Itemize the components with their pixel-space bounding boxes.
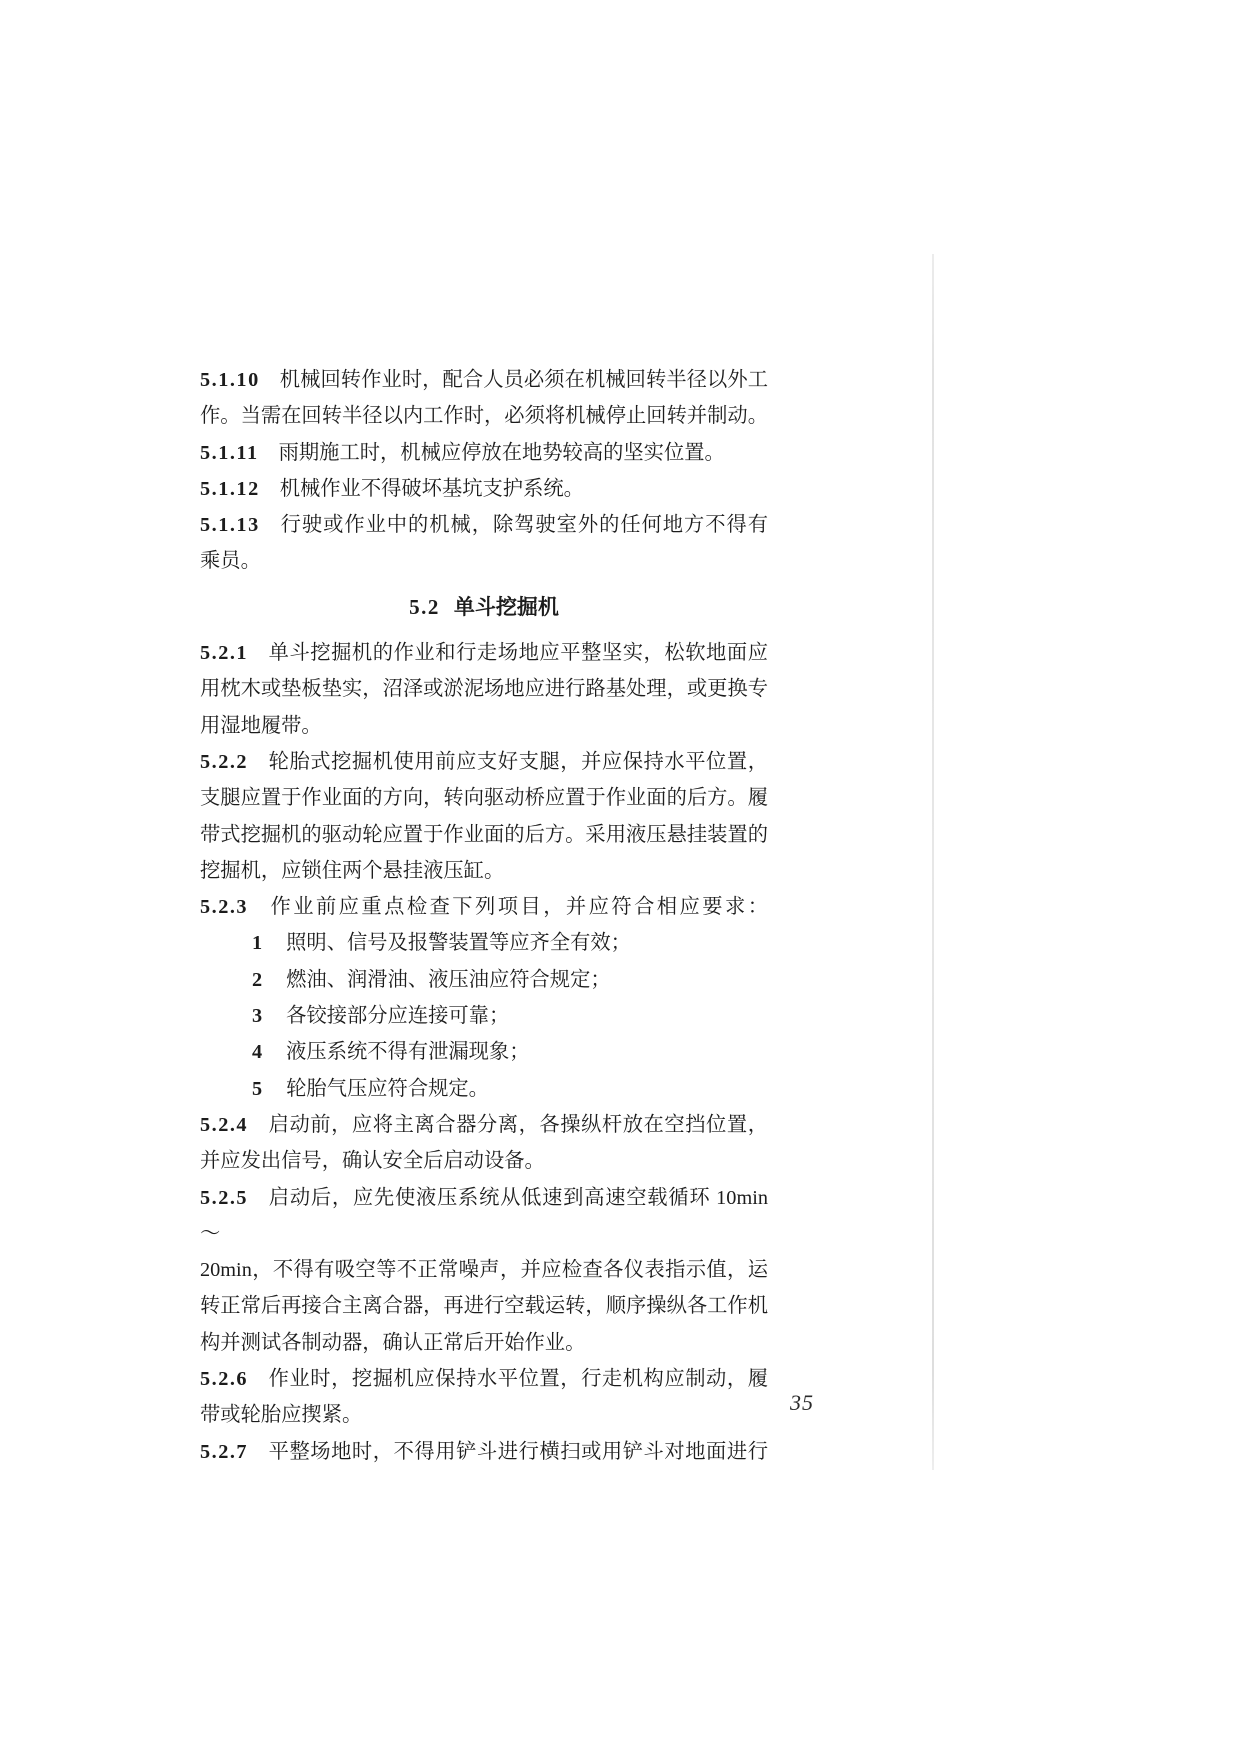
clause-number: 5.2.5 [200,1187,248,1209]
clause-line: 5.1.11雨期施工时，机械应停放在地势较高的坚实位置。 [200,435,768,471]
clause-line: 5.2.2轮胎式挖掘机使用前应支好支腿，并应保持水平位置， [200,744,768,780]
scan-artifact-line [932,254,934,1470]
clause-line: 5.2.7平整场地时，不得用铲斗进行横扫或用铲斗对地面进行 [200,1434,768,1470]
continuation-line: 带式挖掘机的驱动轮应置于作业面的后方。采用液压悬挂装置的 [200,817,768,853]
line-text: 轮胎气压应符合规定。 [286,1078,489,1100]
list-item-line: 2燃油、润滑油、液压油应符合规定； [200,962,768,998]
line-text: 并应发出信号，确认安全后启动设备。 [200,1150,545,1172]
clause-line: 5.2.3作业前应重点检查下列项目，并应符合相应要求： [200,889,768,925]
line-text: 作。当需在回转半径以内工作时，必须将机械停止回转并制动。 [200,405,768,427]
continuation-line: 并应发出信号，确认安全后启动设备。 [200,1143,768,1179]
continuation-line: 用枕木或垫板垫实，沼泽或淤泥场地应进行路基处理，或更换专 [200,671,768,707]
list-item-line: 3各铰接部分应连接可靠； [200,998,768,1034]
continuation-line: 支腿应置于作业面的方向，转向驱动桥应置于作业面的后方。履 [200,780,768,816]
continuation-line: 作。当需在回转半径以内工作时，必须将机械停止回转并制动。 [200,398,768,434]
clause-number: 5.1.11 [200,442,259,464]
line-text: 启动前，应将主离合器分离，各操纵杆放在空挡位置， [268,1114,768,1136]
clause-number: 5.2.1 [200,642,248,664]
clause-number: 5.2.4 [200,1114,248,1136]
line-text: 照明、信号及报警装置等应齐全有效； [286,932,631,954]
section-number: 5.2 [409,595,440,619]
continuation-line: 带或轮胎应揳紧。 [200,1397,768,1433]
line-text: 带或轮胎应揳紧。 [200,1404,362,1426]
clause-line: 5.1.10机械回转作业时，配合人员必须在机械回转半径以外工 [200,362,768,398]
list-item-line: 5轮胎气压应符合规定。 [200,1071,768,1107]
line-text: 轮胎式挖掘机使用前应支好支腿，并应保持水平位置， [268,751,768,773]
clause-number: 5.1.12 [200,478,260,500]
section-heading: 5.2单斗挖掘机 [200,589,768,625]
document-page: 5.1.10机械回转作业时，配合人员必须在机械回转半径以外工作。当需在回转半径以… [0,0,1240,1754]
clause-number: 5.1.10 [200,369,260,391]
clause-number: 5.1.13 [200,514,260,536]
line-text: 带式挖掘机的驱动轮应置于作业面的后方。采用液压悬挂装置的 [200,824,768,846]
line-text: 燃油、润滑油、液压油应符合规定； [286,969,611,991]
line-text: 作业时，挖掘机应保持水平位置，行走机构应制动，履 [268,1368,768,1390]
line-text: 用枕木或垫板垫实，沼泽或淤泥场地应进行路基处理，或更换专 [200,678,768,700]
clause-line: 5.2.1单斗挖掘机的作业和行走场地应平整坚实，松软地面应 [200,635,768,671]
document-content: 5.1.10机械回转作业时，配合人员必须在机械回转半径以外工作。当需在回转半径以… [200,362,768,1470]
line-text: 机械回转作业时，配合人员必须在机械回转半径以外工 [280,369,768,391]
line-text: 支腿应置于作业面的方向，转向驱动桥应置于作业面的后方。履 [200,787,768,809]
item-number: 5 [252,1078,262,1100]
continuation-line: 20min，不得有吸空等不正常噪声，并应检查各仪表指示值，运 [200,1252,768,1288]
item-number: 2 [252,969,262,991]
continuation-line: 挖掘机，应锁住两个悬挂液压缸。 [200,853,768,889]
clause-number: 5.2.3 [200,896,248,918]
clause-line: 5.1.13行驶或作业中的机械，除驾驶室外的任何地方不得有 [200,507,768,543]
line-text: 液压系统不得有泄漏现象； [286,1041,529,1063]
page-number: 35 [790,1390,814,1416]
item-number: 3 [252,1005,262,1027]
continuation-line: 乘员。 [200,543,768,579]
item-number: 1 [252,932,262,954]
line-text: 平整场地时，不得用铲斗进行横扫或用铲斗对地面进行 [268,1441,768,1463]
line-text: 20min，不得有吸空等不正常噪声，并应检查各仪表指示值，运 [200,1259,768,1281]
list-item-line: 1照明、信号及报警装置等应齐全有效； [200,925,768,961]
line-text: 乘员。 [200,550,261,572]
line-text: 作业前应重点检查下列项目，并应符合相应要求： [268,896,768,918]
line-text: 挖掘机，应锁住两个悬挂液压缸。 [200,860,504,882]
clause-line: 5.2.6作业时，挖掘机应保持水平位置，行走机构应制动，履 [200,1361,768,1397]
clause-number: 5.2.7 [200,1441,248,1463]
line-text: 单斗挖掘机的作业和行走场地应平整坚实，松软地面应 [268,642,768,664]
line-text: 单斗挖掘机 [454,595,559,619]
line-text: 构并测试各制动器，确认正常后开始作业。 [200,1332,585,1354]
clause-line: 5.2.5启动后，应先使液压系统从低速到高速空载循环 10min～ [200,1180,768,1253]
continuation-line: 构并测试各制动器，确认正常后开始作业。 [200,1325,768,1361]
list-item-line: 4液压系统不得有泄漏现象； [200,1034,768,1070]
continuation-line: 转正常后再接合主离合器，再进行空载运转，顺序操纵各工作机 [200,1288,768,1324]
line-text: 启动后，应先使液压系统从低速到高速空载循环 10min～ [200,1187,768,1245]
line-text: 机械作业不得破坏基坑支护系统。 [280,478,584,500]
clause-line: 5.1.12机械作业不得破坏基坑支护系统。 [200,471,768,507]
line-text: 雨期施工时，机械应停放在地势较高的坚实位置。 [279,442,725,464]
line-text: 转正常后再接合主离合器，再进行空载运转，顺序操纵各工作机 [200,1295,768,1317]
clause-number: 5.2.2 [200,751,248,773]
line-text: 行驶或作业中的机械，除驾驶室外的任何地方不得有 [280,514,768,536]
line-text: 用湿地履带。 [200,715,322,737]
line-text: 各铰接部分应连接可靠； [286,1005,509,1027]
clause-line: 5.2.4启动前，应将主离合器分离，各操纵杆放在空挡位置， [200,1107,768,1143]
item-number: 4 [252,1041,262,1063]
clause-number: 5.2.6 [200,1368,248,1390]
continuation-line: 用湿地履带。 [200,708,768,744]
